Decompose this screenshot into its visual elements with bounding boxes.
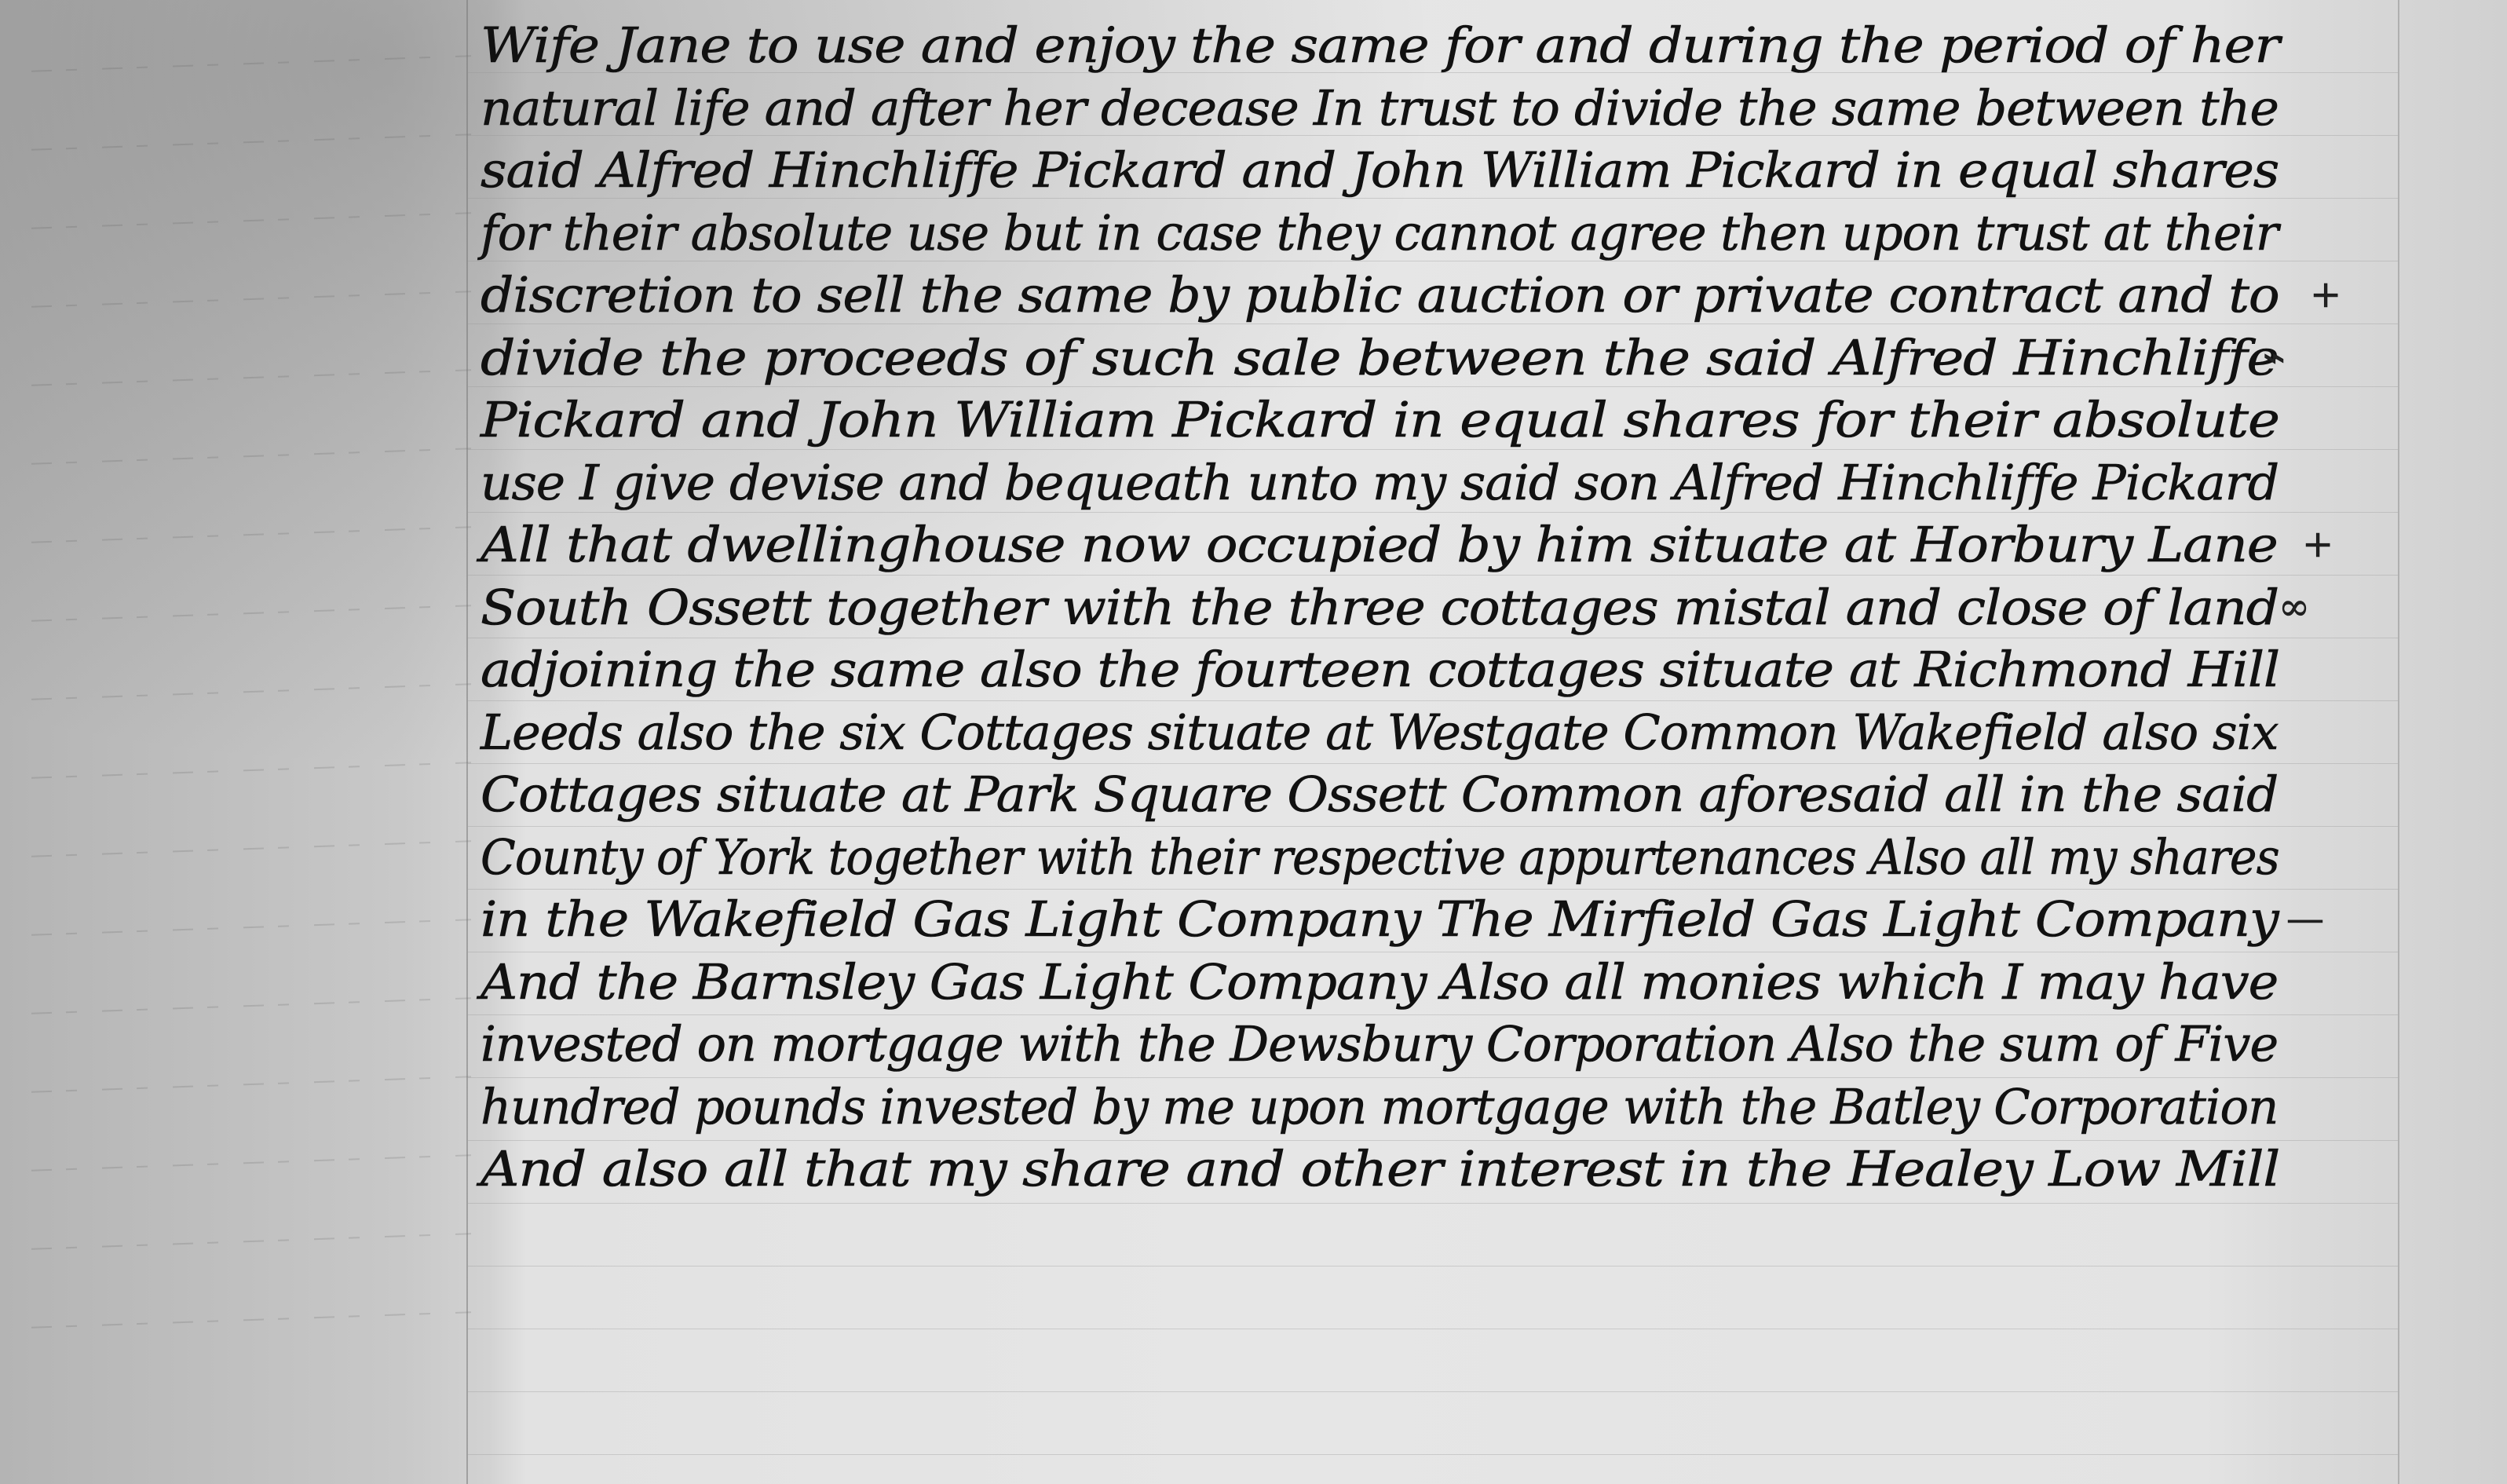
text-line-8: use I give devise and bequeath unto my s…	[481, 451, 2396, 514]
text-line-11: adjoining the same also the fourteen cot…	[481, 638, 2396, 701]
text-line-17: invested on mortgage with the Dewsbury C…	[481, 1013, 2396, 1076]
line-text: Cottages situate at Park Square Ossett C…	[481, 763, 2278, 826]
line-text: Leeds also the six Cottages situate at W…	[481, 701, 2278, 764]
ruled-line	[468, 1391, 2398, 1392]
line-text: in the Wakefield Gas Light Company The M…	[481, 888, 2279, 951]
text-line-1: Wife Jane to use and enjoy the same for …	[481, 14, 2396, 77]
text-line-9: All that dwellinghouse now occupied by h…	[481, 514, 2396, 576]
right-margin-rule	[2398, 0, 2399, 1484]
line-filler-mark: ⌁	[2263, 327, 2285, 389]
line-text: discretion to sell the same by public au…	[481, 264, 2279, 327]
line-text: County of York together with their respe…	[481, 826, 2279, 889]
line-text: divide the proceeds of such sale between…	[481, 327, 2279, 389]
line-text: said Alfred Hinchliffe Pickard and John …	[481, 139, 2279, 202]
text-line-16: And the Barnsley Gas Light Company Also …	[481, 951, 2396, 1014]
ruled-line	[468, 1454, 2398, 1455]
text-line-4: for their absolute use but in case they …	[481, 202, 2396, 265]
line-text: South Ossett together with the three cot…	[481, 576, 2279, 639]
text-line-15: in the Wakefield Gas Light Company The M…	[481, 888, 2396, 951]
left-margin-rule	[466, 0, 468, 1484]
text-line-7: Pickard and John William Pickard in equa…	[481, 389, 2396, 451]
text-line-12: Leeds also the six Cottages situate at W…	[481, 701, 2396, 764]
text-line-5: discretion to sell the same by public au…	[481, 264, 2396, 327]
line-filler-mark: —	[2286, 888, 2323, 951]
line-filler-mark: +	[2310, 264, 2341, 327]
ruled-line	[468, 1266, 2398, 1267]
text-line-10: South Ossett together with the three cot…	[481, 576, 2396, 639]
line-text: hundred pounds invested by me upon mortg…	[481, 1076, 2278, 1139]
line-text: And the Barnsley Gas Light Company Also …	[481, 951, 2278, 1014]
text-line-13: Cottages situate at Park Square Ossett C…	[481, 763, 2396, 826]
line-filler-mark: ∞	[2279, 576, 2309, 639]
line-text: invested on mortgage with the Dewsbury C…	[481, 1013, 2278, 1076]
line-text: for their absolute use but in case they …	[481, 202, 2278, 265]
line-text: And also all that my share and other int…	[481, 1138, 2279, 1201]
line-text: adjoining the same also the fourteen cot…	[481, 638, 2279, 701]
text-line-14: County of York together with their respe…	[481, 826, 2396, 889]
ruled-line	[468, 1203, 2398, 1204]
line-text: All that dwellinghouse now occupied by h…	[481, 514, 2278, 576]
line-text: Wife Jane to use and enjoy the same for …	[481, 14, 2279, 77]
line-text: Pickard and John William Pickard in equa…	[481, 389, 2279, 451]
line-text: use I give devise and bequeath unto my s…	[481, 451, 2279, 514]
text-line-6: divide the proceeds of such sale between…	[481, 327, 2396, 389]
text-line-2: natural life and after her decease In tr…	[481, 77, 2396, 140]
text-line-18: hundred pounds invested by me upon mortg…	[481, 1076, 2396, 1139]
line-filler-mark: +	[2302, 514, 2333, 576]
line-text: natural life and after her decease In tr…	[481, 77, 2279, 140]
handwritten-will-text: Wife Jane to use and enjoy the same for …	[481, 14, 2396, 1201]
ruled-line	[468, 1329, 2398, 1329]
text-line-19: And also all that my share and other int…	[481, 1138, 2396, 1201]
text-line-3: said Alfred Hinchliffe Pickard and John …	[481, 139, 2396, 202]
